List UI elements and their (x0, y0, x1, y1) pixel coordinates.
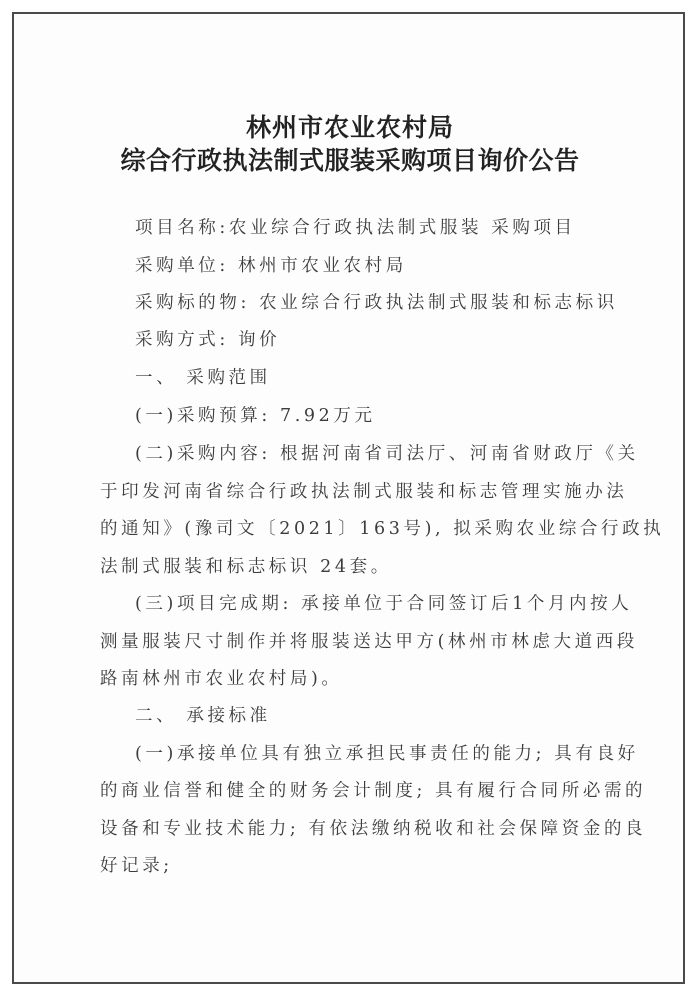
section1-budget: (一)采购预算: 7.92万元 (135, 404, 376, 428)
section1-heading: 一、 采购范围 (135, 366, 271, 390)
section1-content-line: 法制式服装和标志标识 24套。 (100, 555, 392, 579)
section1-content-line: 的通知》(豫司文〔2021〕163号), 拟采购农业综合行政执 (100, 517, 664, 541)
document-title-notice: 综合行政执法制式服装采购项目询价公告 (0, 141, 700, 177)
section2-item1-line: 好记录; (100, 854, 173, 878)
field-purchaser: 采购单位: 林州市农业农村局 (135, 254, 407, 278)
field-project-name: 项目名称:农业综合行政执法制式服装 采购项目 (135, 216, 576, 240)
section1-content-line: (二)采购内容: 根据河南省司法厅、河南省财政厅《关 (135, 442, 639, 466)
section2-heading: 二、 承接标准 (135, 704, 271, 728)
section1-content-line: 于印发河南省综合行政执法制式服装和标志管理实施办法 (100, 480, 628, 504)
section1-period-line: 测量服装尺寸制作并将服装送达甲方(林州市林虑大道西段 (100, 630, 638, 654)
section2-item1-line: (一)承接单位具有独立承担民事责任的能力; 具有良好 (135, 742, 639, 766)
field-subject: 采购标的物: 农业综合行政执法制式服装和标志标识 (135, 291, 618, 315)
section1-period-line: 路南林州市农业农村局)。 (100, 667, 343, 691)
field-method: 采购方式: 询价 (135, 328, 280, 352)
section2-item1-line: 的商业信誉和健全的财务会计制度; 具有履行合同所必需的 (100, 779, 646, 803)
document-title-agency: 林州市农业农村局 (0, 108, 700, 144)
section1-period-line: (三)项目完成期: 承接单位于合同签订后1个月内按人 (135, 592, 632, 616)
section2-item1-line: 设备和专业技术能力; 有依法缴纳税收和社会保障资金的良 (100, 817, 646, 841)
